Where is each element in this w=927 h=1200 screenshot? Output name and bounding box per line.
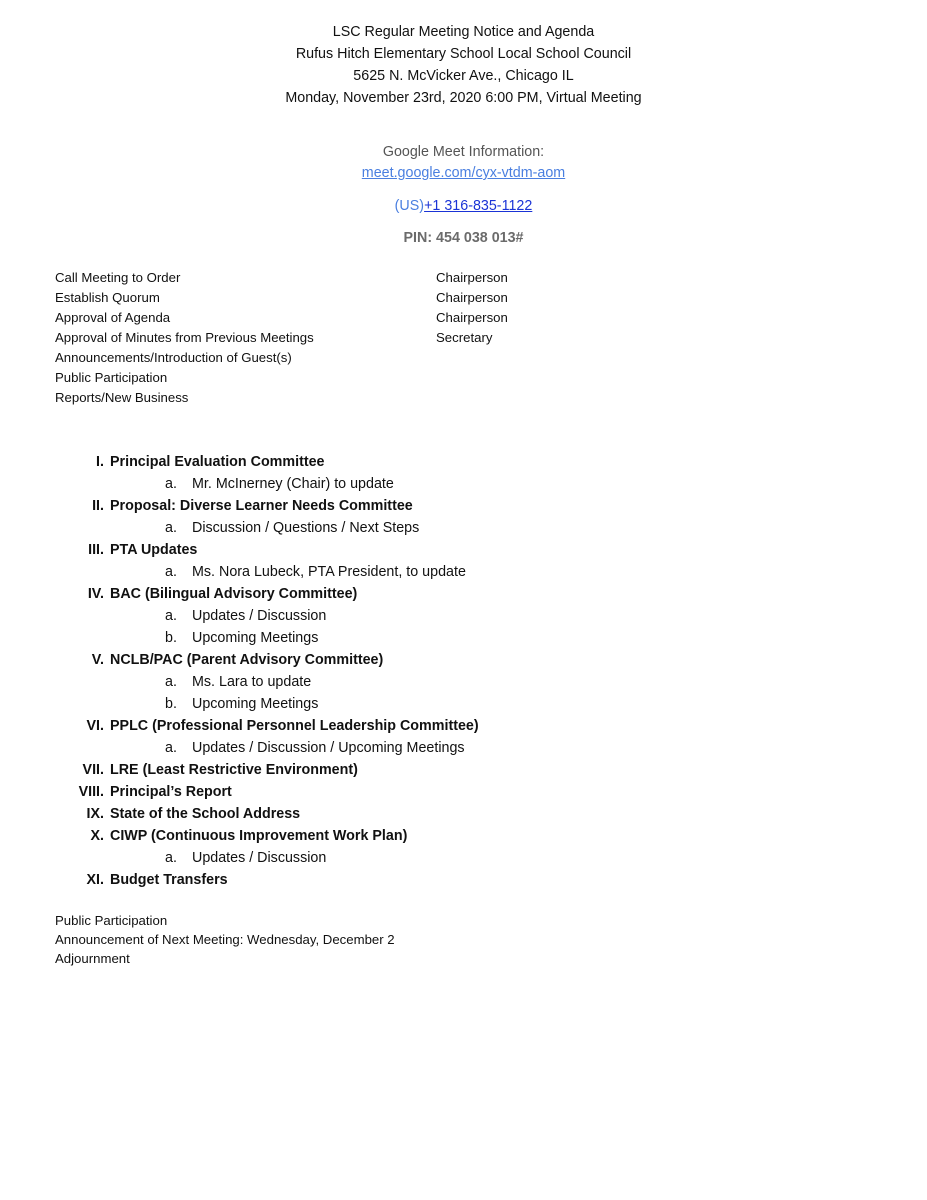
- opening-item-role: Chairperson: [436, 288, 508, 308]
- agenda-item: III.PTA Updates: [0, 539, 927, 561]
- document-header: LSC Regular Meeting Notice and Agenda Ru…: [0, 21, 927, 109]
- opening-item: Reports/New Business: [55, 388, 555, 408]
- closing-item: Adjournment: [55, 949, 395, 968]
- opening-item: Public Participation: [55, 368, 555, 388]
- school-council-name: Rufus Hitch Elementary School Local Scho…: [0, 43, 927, 65]
- agenda-item-label: Principal Evaluation Committee: [110, 451, 325, 473]
- agenda-subitem: b.Upcoming Meetings: [0, 627, 927, 649]
- closing-items-list: Public ParticipationAnnouncement of Next…: [55, 911, 395, 968]
- agenda-subitem-letter: a.: [165, 737, 177, 759]
- agenda-item-label: PPLC (Professional Personnel Leadership …: [110, 715, 479, 737]
- agenda-item-number: X.: [90, 825, 104, 847]
- agenda-subitem-letter: a.: [165, 671, 177, 693]
- agenda-item: V.NCLB/PAC (Parent Advisory Committee): [0, 649, 927, 671]
- opening-item: Announcements/Introduction of Guest(s): [55, 348, 555, 368]
- agenda-item-label: LRE (Least Restrictive Environment): [110, 759, 358, 781]
- agenda-item-number: VII.: [83, 759, 104, 781]
- opening-item-label: Approval of Minutes from Previous Meetin…: [55, 330, 314, 345]
- closing-item: Announcement of Next Meeting: Wednesday,…: [55, 930, 395, 949]
- agenda-subitem-text: Mr. McInerney (Chair) to update: [192, 473, 394, 495]
- agenda-subitem: a.Ms. Nora Lubeck, PTA President, to upd…: [0, 561, 927, 583]
- closing-item: Public Participation: [55, 911, 395, 930]
- agenda-subitem-text: Ms. Lara to update: [192, 671, 311, 693]
- agenda-item: II.Proposal: Diverse Learner Needs Commi…: [0, 495, 927, 517]
- opening-item-label: Establish Quorum: [55, 290, 160, 305]
- agenda-item-label: CIWP (Continuous Improvement Work Plan): [110, 825, 407, 847]
- agenda-subitem-text: Discussion / Questions / Next Steps: [192, 517, 419, 539]
- agenda-item-label: PTA Updates: [110, 539, 197, 561]
- agenda-subitem-text: Upcoming Meetings: [192, 627, 318, 649]
- phone-link[interactable]: +1 316-835-1122: [424, 198, 532, 214]
- agenda-subitem: a.Updates / Discussion / Upcoming Meetin…: [0, 737, 927, 759]
- agenda-subitem-letter: a.: [165, 605, 177, 627]
- agenda-item: I.Principal Evaluation Committee: [0, 451, 927, 473]
- agenda-subitem-text: Updates / Discussion / Upcoming Meetings: [192, 737, 465, 759]
- agenda-item-number: XI.: [87, 869, 104, 891]
- agenda-subitem-letter: a.: [165, 561, 177, 583]
- agenda-item: VII.LRE (Least Restrictive Environment): [0, 759, 927, 781]
- agenda-subitem-letter: a.: [165, 517, 177, 539]
- document-page: LSC Regular Meeting Notice and Agenda Ru…: [0, 0, 927, 1200]
- opening-item-role: Chairperson: [436, 308, 508, 328]
- agenda-subitem-letter: b.: [165, 627, 177, 649]
- meet-info-heading: Google Meet Information:: [0, 142, 927, 163]
- agenda-item: IV.BAC (Bilingual Advisory Committee): [0, 583, 927, 605]
- agenda-item-label: Principal’s Report: [110, 781, 232, 803]
- agenda-subitem-text: Upcoming Meetings: [192, 693, 318, 715]
- google-meet-info: Google Meet Information: meet.google.com…: [0, 142, 927, 249]
- agenda-item: VIII.Principal’s Report: [0, 781, 927, 803]
- agenda-item-label: NCLB/PAC (Parent Advisory Committee): [110, 649, 383, 671]
- opening-items-list: Call Meeting to OrderChairpersonEstablis…: [55, 268, 555, 408]
- phone-country-prefix: (US): [395, 198, 424, 214]
- agenda-subitem: a.Discussion / Questions / Next Steps: [0, 517, 927, 539]
- meet-link[interactable]: meet.google.com/cyx-vtdm-aom: [362, 163, 565, 184]
- agenda-item: VI.PPLC (Professional Personnel Leadersh…: [0, 715, 927, 737]
- agenda-subitem: a.Updates / Discussion: [0, 847, 927, 869]
- agenda-subitem: a.Ms. Lara to update: [0, 671, 927, 693]
- agenda-item-number: I.: [96, 451, 104, 473]
- document-title: LSC Regular Meeting Notice and Agenda: [0, 21, 927, 43]
- agenda-list: I.Principal Evaluation Committeea.Mr. Mc…: [0, 451, 927, 891]
- agenda-item-number: V.: [92, 649, 104, 671]
- dial-in-row: (US)+1 316-835-1122: [0, 196, 927, 217]
- agenda-item-label: State of the School Address: [110, 803, 300, 825]
- agenda-item-number: III.: [88, 539, 104, 561]
- agenda-item-number: IX.: [87, 803, 104, 825]
- agenda-subitem-text: Updates / Discussion: [192, 605, 326, 627]
- agenda-subitem-letter: b.: [165, 693, 177, 715]
- opening-item-label: Announcements/Introduction of Guest(s): [55, 350, 292, 365]
- opening-item-label: Approval of Agenda: [55, 310, 170, 325]
- opening-item-role: Secretary: [436, 328, 492, 348]
- opening-item: Approval of Minutes from Previous Meetin…: [55, 328, 555, 348]
- agenda-item-label: BAC (Bilingual Advisory Committee): [110, 583, 357, 605]
- opening-item: Establish QuorumChairperson: [55, 288, 555, 308]
- agenda-subitem-text: Ms. Nora Lubeck, PTA President, to updat…: [192, 561, 466, 583]
- meeting-datetime: Monday, November 23rd, 2020 6:00 PM, Vir…: [0, 87, 927, 109]
- opening-item-label: Public Participation: [55, 370, 167, 385]
- agenda-item-number: IV.: [88, 583, 104, 605]
- agenda-item-number: II.: [92, 495, 104, 517]
- agenda-item: X.CIWP (Continuous Improvement Work Plan…: [0, 825, 927, 847]
- opening-item: Approval of AgendaChairperson: [55, 308, 555, 328]
- agenda-subitem-letter: a.: [165, 473, 177, 495]
- opening-item: Call Meeting to OrderChairperson: [55, 268, 555, 288]
- agenda-item-number: VI.: [87, 715, 104, 737]
- agenda-item-label: Budget Transfers: [110, 869, 228, 891]
- agenda-item: IX.State of the School Address: [0, 803, 927, 825]
- opening-item-label: Call Meeting to Order: [55, 270, 180, 285]
- agenda-subitem: a.Updates / Discussion: [0, 605, 927, 627]
- meet-pin: PIN: 454 038 013#: [0, 228, 927, 249]
- agenda-subitem: b.Upcoming Meetings: [0, 693, 927, 715]
- school-address: 5625 N. McVicker Ave., Chicago IL: [0, 65, 927, 87]
- agenda-item-number: VIII.: [79, 781, 104, 803]
- agenda-item: XI.Budget Transfers: [0, 869, 927, 891]
- opening-item-label: Reports/New Business: [55, 390, 188, 405]
- agenda-subitem: a.Mr. McInerney (Chair) to update: [0, 473, 927, 495]
- opening-item-role: Chairperson: [436, 268, 508, 288]
- agenda-subitem-letter: a.: [165, 847, 177, 869]
- agenda-item-label: Proposal: Diverse Learner Needs Committe…: [110, 495, 413, 517]
- agenda-subitem-text: Updates / Discussion: [192, 847, 326, 869]
